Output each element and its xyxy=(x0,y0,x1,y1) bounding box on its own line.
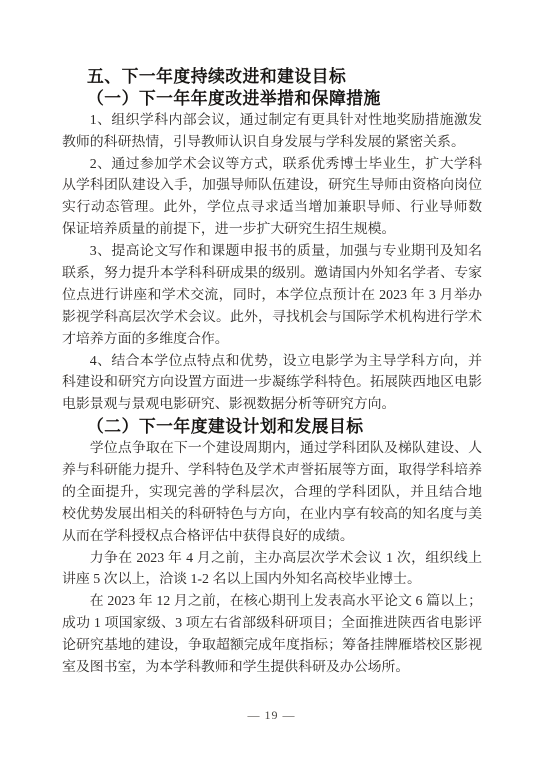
paragraph-line: 才培养方面的多维度合作。 xyxy=(62,329,482,351)
paragraph-line: 保证培养质量的前提下，进一步扩大研究生招生规模。 xyxy=(62,219,482,241)
paragraph-line: 3、提高论文写作和课题申报书的质量，加强与专业期刊及知名专家的 xyxy=(62,241,482,263)
paragraph-line: 力争在 2023 年 4 月之前，主办高层次学术会议 1 次，组织线上及线下 xyxy=(62,548,482,570)
paragraph-line: 联系，努力提升本学科科研成果的级别。邀请国内外知名学者、专家来学 xyxy=(62,263,482,285)
paragraph-line: 室及图书室，为本学科教师和学生提供科研及办公场所。 xyxy=(62,657,482,679)
paragraph-line: 论研究基地的建设，争取超额完成年度指标；筹备挂牌雁塔校区影视研究 xyxy=(62,635,482,657)
paragraph-line: 从学科团队建设入手，加强导师队伍建设，研究生导师由资格向岗位转变， xyxy=(62,175,482,197)
paragraph-line: 养与科研能力提升、学科特色及学术声誉拓展等方面，取得学科培养水平 xyxy=(62,460,482,482)
section-heading: 五、下一年度持续改进和建设目标 xyxy=(87,66,482,88)
paragraph-line: 讲座 5 次以上，洽谈 1-2 名以上国内外知名高校毕业博士。 xyxy=(62,569,482,591)
paragraph-line: 的全面提升，实现完善的学科层次，合理的学科团队，并且结合地域、学 xyxy=(62,482,482,504)
subsection-heading-1: （一）下一年年度改进举措和保障措施 xyxy=(87,88,482,110)
paragraph-line: 2、通过参加学术会议等方式，联系优秀博士毕业生，扩大学科团队。 xyxy=(62,154,482,176)
document-content: 五、下一年度持续改进和建设目标 （一）下一年年度改进举措和保障措施 1、组织学科… xyxy=(62,66,482,679)
paragraph-line: 4、结合本学位点特点和优势，设立电影学为主导学科方向，并且在学 xyxy=(62,351,482,373)
paragraph-line: 校优势发展出相关的科研特色与方向，在业内享有较高的知名度与美誉度， xyxy=(62,504,482,526)
paragraph-line: 科建设和研究方向设置方面进一步凝练学科特色。拓展陕西地区电影史、 xyxy=(62,372,482,394)
paragraph-line: 1、组织学科内部会议，通过制定有更具针对性地奖励措施激发本学科 xyxy=(62,110,482,132)
paragraph-line: 学位点争取在下一个建设周期内，通过学科团队及梯队建设、人才培 xyxy=(62,438,482,460)
document-page: 五、下一年度持续改进和建设目标 （一）下一年年度改进举措和保障措施 1、组织学科… xyxy=(0,0,543,768)
subsection-heading-2: （二）下一年度建设计划和发展目标 xyxy=(87,416,482,438)
paragraph-line: 实行动态管理。此外，学位点寻求适当增加兼职导师、行业导师数量。在 xyxy=(62,197,482,219)
page-number: — 19 — xyxy=(0,708,543,723)
paragraph-line: 电影景观与景观电影研究、影视数据分析等研究方向。 xyxy=(62,394,482,416)
paragraph-line: 从而在学科授权点合格评估中获得良好的成绩。 xyxy=(62,526,482,548)
paragraph-line: 位点进行讲座和学术交流，同时，本学位点预计在 2023 年 3 月举办戏剧与 xyxy=(62,285,482,307)
paragraph-line: 在 2023 年 12 月之前，在核心期刊上发表高水平论文 6 篇以上；申报 xyxy=(62,591,482,613)
paragraph-line: 影视学科高层次学术会议。此外，寻找机会与国际学术机构进行学术及人 xyxy=(62,307,482,329)
paragraph-line: 成功 1 项国家级、3 项左右省部级科研项目；全面推进陕西省电影评论与理 xyxy=(62,613,482,635)
paragraph-line: 教师的科研热情，引导教师认识自身发展与学科发展的紧密关系。 xyxy=(62,132,482,154)
